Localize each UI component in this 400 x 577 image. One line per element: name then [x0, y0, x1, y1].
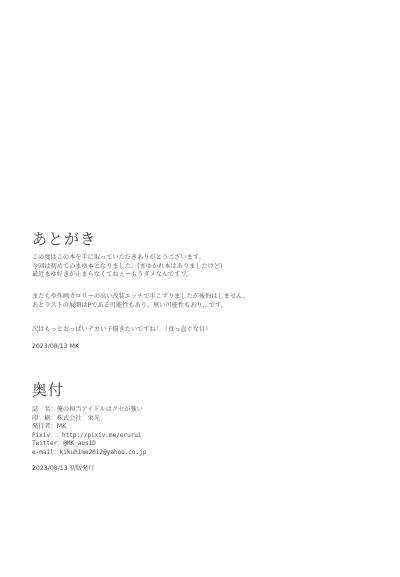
- colophon-heading: 奥付: [32, 379, 64, 400]
- afterword-paragraph-1: この度はこの本を手に取っていただきありがとうございます。 今回は初めてのまゆ本と…: [32, 254, 222, 280]
- text-line: 最近まゆ好きが止まらなくてねぇーもうダメなんですワ。: [32, 271, 222, 280]
- afterword-signature: 2023/08/13 MK: [32, 343, 79, 352]
- colophon-details: 誌 名：俺の担当アイドルはクセが強い 印 刷：株式会社 栄光 発行者：MK Pi…: [32, 406, 146, 458]
- text-line: またもや作画カロリーの高い改装エッチで手こずりましたが後悔はしません。: [32, 293, 249, 302]
- book-page: あとがき この度はこの本を手に取っていただきありがとうございます。 今回は初めて…: [0, 0, 400, 577]
- text-line: この度はこの本を手に取っていただきありがとうございます。: [32, 254, 222, 263]
- colophon-row-title: 誌 名：俺の担当アイドルはクセが強い: [32, 406, 146, 415]
- text-line: 次はもっとおっぱいデカい子描きたいですね！（真っ直ぐな目）: [32, 326, 211, 335]
- afterword-paragraph-2: またもや作画カロリーの高い改装エッチで手こずりましたが後悔はしません。 あとラス…: [32, 293, 249, 310]
- colophon-row-pixiv: Pixiv ：http://pixiv.me/erurui: [32, 432, 146, 441]
- first-edition-date: 2023/08/13 初版発行: [32, 465, 94, 474]
- colophon-row-printer: 印 刷：株式会社 栄光: [32, 415, 146, 424]
- colophon-row-publisher: 発行者：MK: [32, 423, 146, 432]
- signature-date: 2023/08/13 MK: [32, 343, 79, 352]
- afterword-paragraph-3: 次はもっとおっぱいデカい子描きたいですね！（真っ直ぐな目）: [32, 326, 211, 335]
- text-line: 今回は初めてのまゆ本となりました。(まゆかれ本はありましたけど): [32, 263, 222, 272]
- colophon-row-twitter: Twitter：@MK_aus1D: [32, 440, 146, 449]
- colophon-date: 2023/08/13 初版発行: [32, 465, 94, 474]
- colophon-row-email: e-mail：kikuhime2012@yahoo.co.jp: [32, 449, 146, 458]
- text-line: あとラストの展開はPである可能性もあり、無い可能性もあり…です。: [32, 302, 249, 311]
- afterword-heading: あとがき: [32, 228, 96, 249]
